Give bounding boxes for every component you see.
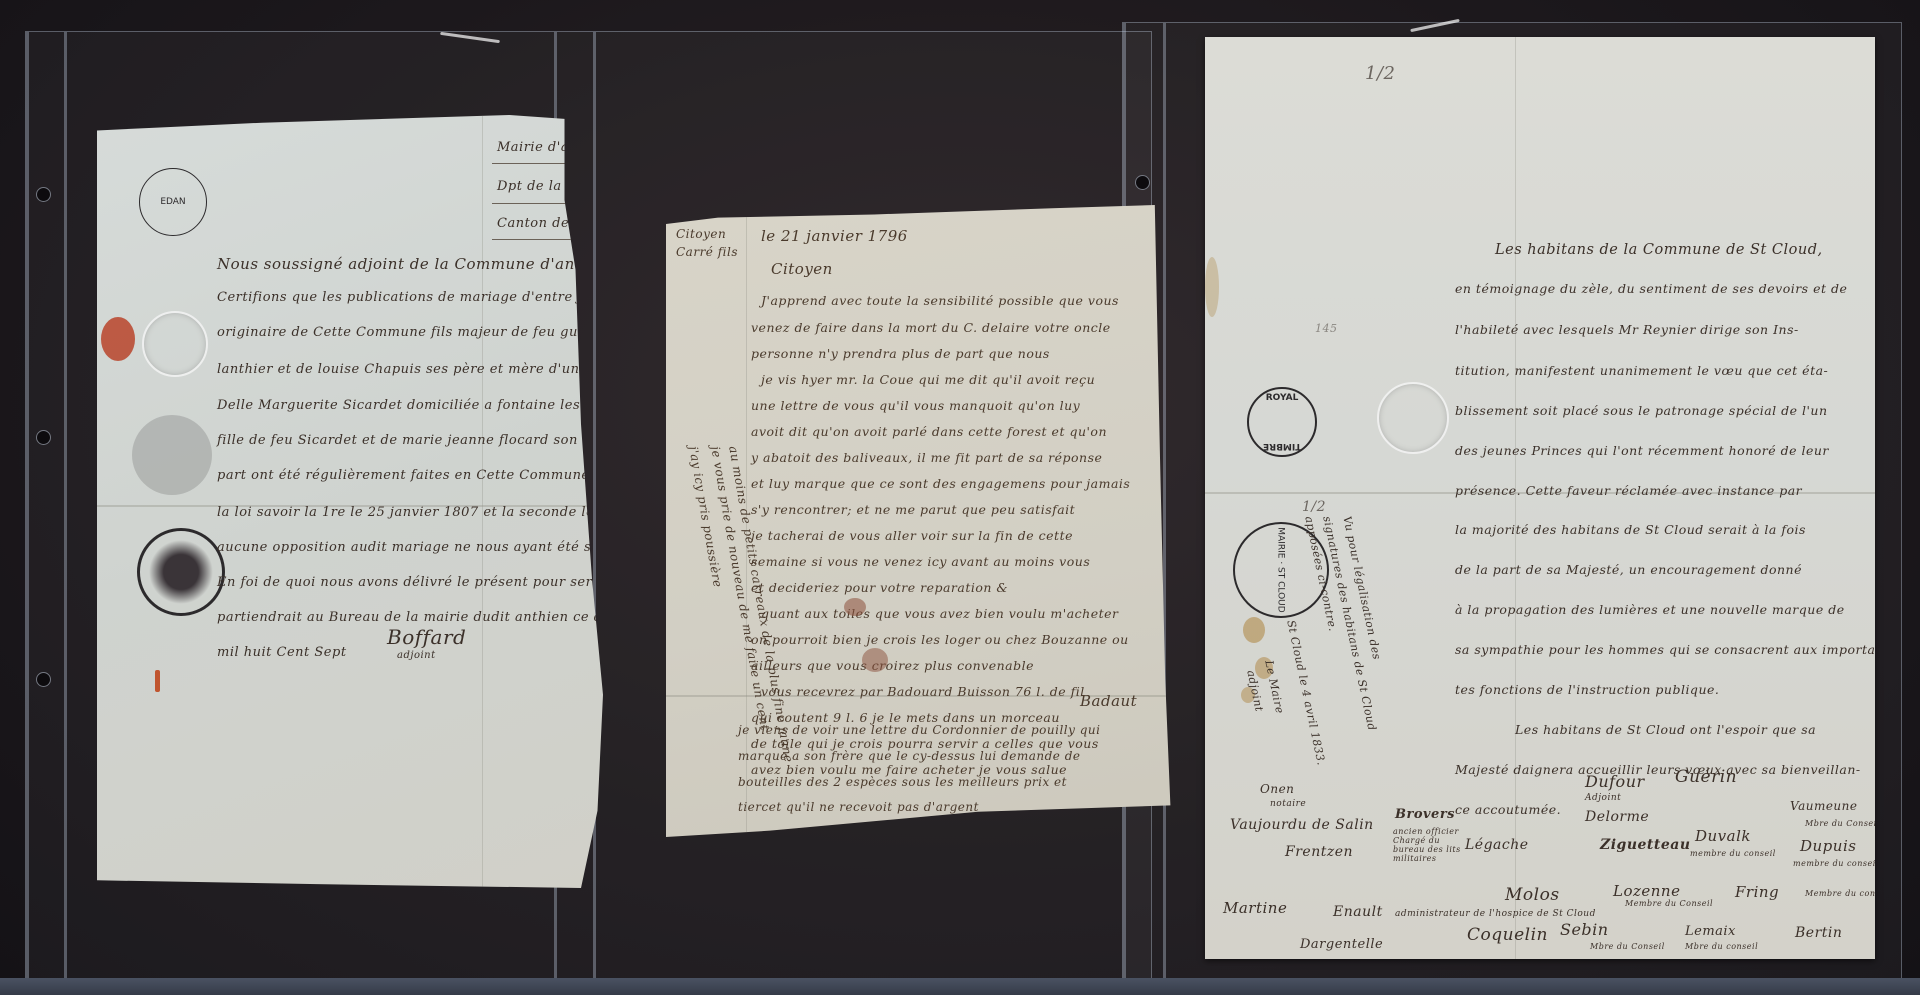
embossed-royal-seal: [1377, 382, 1449, 454]
text-line: J'apprend avec toute la sensibilité poss…: [761, 293, 1119, 308]
text-line: et luy marque que ce sont des engagemens…: [751, 476, 1130, 491]
signature: Vaujourdu de Salin: [1230, 817, 1374, 833]
marriage-certificate-document: Mairie d'anthien Dpt de la Nièvre Canton…: [97, 115, 647, 888]
signature-title: Membre du conseil: [1805, 889, 1875, 898]
signature: Frentzen: [1285, 844, 1353, 860]
paper-fold: [1515, 37, 1516, 959]
salutation: Citoyen: [771, 260, 833, 278]
text-line: en témoignage du zèle, du sentiment de s…: [1455, 281, 1847, 296]
imperial-eagle-seal: [137, 528, 225, 616]
punch-hole: [36, 430, 51, 445]
signature: Brovers: [1395, 807, 1455, 822]
text-line: la loi savoir la 1re le 25 janvier 1807 …: [217, 505, 647, 520]
signature: Fring: [1735, 883, 1779, 901]
corner-note: Carré fils: [676, 245, 738, 259]
text-line: vous recevrez par Badouard Buisson 76 l.…: [761, 684, 1085, 699]
signature-title: Adjoint: [1585, 793, 1621, 803]
foxing-stain: [1205, 257, 1219, 317]
signature-title: adjoint: [397, 650, 436, 661]
text-line: tes fonctions de l'instruction publique.: [1455, 682, 1719, 697]
text-line: on pourroit bien je crois les loger ou c…: [751, 632, 1129, 647]
red-wax-residue: [101, 317, 135, 361]
signature-title: Mbre du Conseil: [1805, 819, 1875, 828]
folio-number-lower: 1/2: [1302, 499, 1326, 515]
signature: Martine: [1223, 899, 1287, 917]
signature: Légache: [1465, 837, 1529, 853]
text-line: je vis hyer mr. la Coue qui me dit qu'il…: [761, 372, 1095, 387]
signature-title: Membre du Conseil: [1625, 899, 1713, 908]
signature: Dufour: [1585, 772, 1645, 791]
royal-timbre-stamp: ROYAL TIMBRE: [1247, 387, 1317, 457]
text-line: part ont été régulièrement faites en Cet…: [217, 468, 647, 483]
text-line: En foi de quoi nous avons délivré le pré…: [217, 575, 647, 590]
text-line: originaire de Cette Commune fils majeur …: [217, 325, 630, 340]
text-line: aucune opposition audit mariage ne nous …: [217, 540, 645, 555]
letter-signature: Badaut: [1080, 692, 1137, 710]
signature-title: membre du conseil: [1793, 859, 1875, 868]
legalisation-line: St Cloud le 4 avril 1833.: [1284, 619, 1328, 767]
stamp-text: MAIRIE · ST CLOUD: [1276, 527, 1286, 612]
sleeve-binding-strip: [1163, 23, 1166, 978]
text-line: Les habitans de St Cloud ont l'espoir qu…: [1515, 722, 1816, 737]
signature-title: administrateur de l'hospice de St Cloud: [1395, 909, 1596, 919]
postscript-line: bouteilles des 2 espèces sous les meille…: [738, 775, 1067, 789]
signature-title: Mbre du Conseil: [1590, 942, 1665, 951]
text-line: blissement soit placé sous le patronage …: [1455, 403, 1828, 418]
signature: Duvalk: [1695, 827, 1751, 845]
punch-hole: [36, 672, 51, 687]
pencil-note: 145: [1315, 322, 1338, 335]
seal-text: EDAN: [160, 197, 185, 207]
signature-title: Mbre du conseil: [1685, 942, 1758, 951]
text-line: partiendrait au Bureau de la mairie dudi…: [217, 610, 647, 625]
faded-ink-stamp: [132, 415, 212, 495]
signature: Molos: [1505, 885, 1560, 905]
text-line: ailleurs que vous croirez plus convenabl…: [751, 658, 1034, 673]
text-line: de la part de sa Majesté, un encourageme…: [1455, 562, 1802, 577]
text-line: titution, manifestent unanimement le vœu…: [1455, 363, 1828, 378]
signature-title: notaire: [1270, 799, 1306, 809]
signature: Bertin: [1795, 925, 1842, 941]
text-line: avoit dit qu'on avoit parlé dans cette f…: [751, 424, 1107, 439]
ink-stain: [844, 598, 866, 616]
folio-number: 1/2: [1365, 63, 1395, 84]
signature: Ziguetteau: [1600, 837, 1691, 853]
text-line: mil huit Cent Sept: [217, 645, 347, 660]
embossed-seal: [142, 311, 208, 377]
stamp-text-bottom: TIMBRE: [1263, 441, 1301, 451]
text-line: quant aux toiles que vous avez bien voul…: [761, 606, 1119, 621]
sleeve-binding-strip: [64, 32, 67, 978]
postscript-line: je viens de voir une lettre du Cordonnie…: [738, 723, 1100, 737]
letter-1796-document: Citoyen Carré fils le 21 janvier 1796 Ci…: [666, 205, 1186, 837]
text-line: y abatoit des baliveaux, il me fit part …: [751, 450, 1102, 465]
text-line: à la propagation des lumières et une nou…: [1455, 602, 1845, 617]
text-line: sa sympathie pour les hommes qui se cons…: [1455, 642, 1875, 657]
signature: Sebin: [1560, 920, 1609, 939]
postscript-line: tiercet qu'il ne recevoit pas d'argent: [738, 800, 979, 814]
foxing-stain: [1243, 617, 1265, 643]
signature-title: membre du conseil: [1690, 849, 1776, 858]
punch-hole: [36, 187, 51, 202]
ink-stain: [862, 648, 888, 672]
sleeve-divider-strip: [593, 32, 596, 978]
signature: Lozenne: [1613, 882, 1680, 900]
corner-note: Citoyen: [676, 227, 726, 241]
signature: Dupuis: [1800, 837, 1856, 855]
signature: Guérin: [1675, 767, 1737, 787]
text-line: Delle Marguerite Sicardet domiciliée a f…: [217, 398, 620, 413]
text-line: s'y rencontrer; et ne me parut que peu s…: [751, 502, 1075, 517]
punch-hole: [1135, 175, 1150, 190]
signature: Onen: [1260, 782, 1294, 796]
letter-date: le 21 janvier 1796: [761, 227, 908, 245]
sleeve-binding-strip: [26, 32, 29, 978]
signature: Lemaix: [1685, 924, 1736, 939]
signature: Coquelin: [1467, 925, 1548, 945]
signature-title: ancien officier Chargé du bureau des lit…: [1393, 827, 1463, 863]
display-base-band: [0, 978, 1920, 995]
signature: Boffard: [387, 625, 466, 649]
text-line: une lettre de vous qu'il vous manquoit q…: [751, 398, 1080, 413]
text-line: ce accoutumée.: [1455, 802, 1561, 817]
postscript-line: marque a son frère que le cy-dessus lui …: [738, 749, 1081, 763]
text-line: personne n'y prendra plus de part que no…: [751, 346, 1050, 361]
signature: Vaumeune: [1790, 799, 1858, 813]
legalisation-line: Le Maire: [1262, 659, 1286, 715]
text-line: lanthier et de louise Chapuis ses père e…: [217, 362, 640, 377]
text-line: semaine si vous ne venez icy avant au mo…: [751, 554, 1090, 569]
text-line: Nous soussigné adjoint de la Commune d'a…: [217, 255, 616, 273]
text-line: l'habileté avec lesquels Mr Reynier diri…: [1455, 322, 1799, 337]
st-cloud-petition-document: 1/2 145 1/2 ROYAL TIMBRE MAIRIE · ST CLO…: [1205, 37, 1875, 959]
signature: Dargentelle: [1300, 937, 1383, 952]
paper-fold: [482, 115, 483, 888]
signature: Enault: [1333, 904, 1383, 920]
red-ink-mark: [155, 670, 160, 692]
text-line: la majorité des habitans de St Cloud ser…: [1455, 522, 1806, 537]
text-line: et decideriez pour votre reparation &: [751, 580, 1008, 595]
text-line: je tacherai de vous aller voir sur la fi…: [751, 528, 1073, 543]
text-line: des jeunes Princes qui l'ont récemment h…: [1455, 443, 1829, 458]
text-line: Les habitans de la Commune de St Cloud,: [1495, 242, 1823, 258]
text-line: venez de faire dans la mort du C. delair…: [751, 320, 1111, 335]
signature: Delorme: [1585, 809, 1649, 825]
text-line: Majesté daignera accueillir leurs vœux a…: [1455, 762, 1861, 777]
stamp-text-top: ROYAL: [1266, 393, 1299, 403]
tax-stamp-seal: EDAN: [139, 168, 207, 236]
text-line: présence. Cette faveur réclamée avec ins…: [1455, 483, 1802, 498]
